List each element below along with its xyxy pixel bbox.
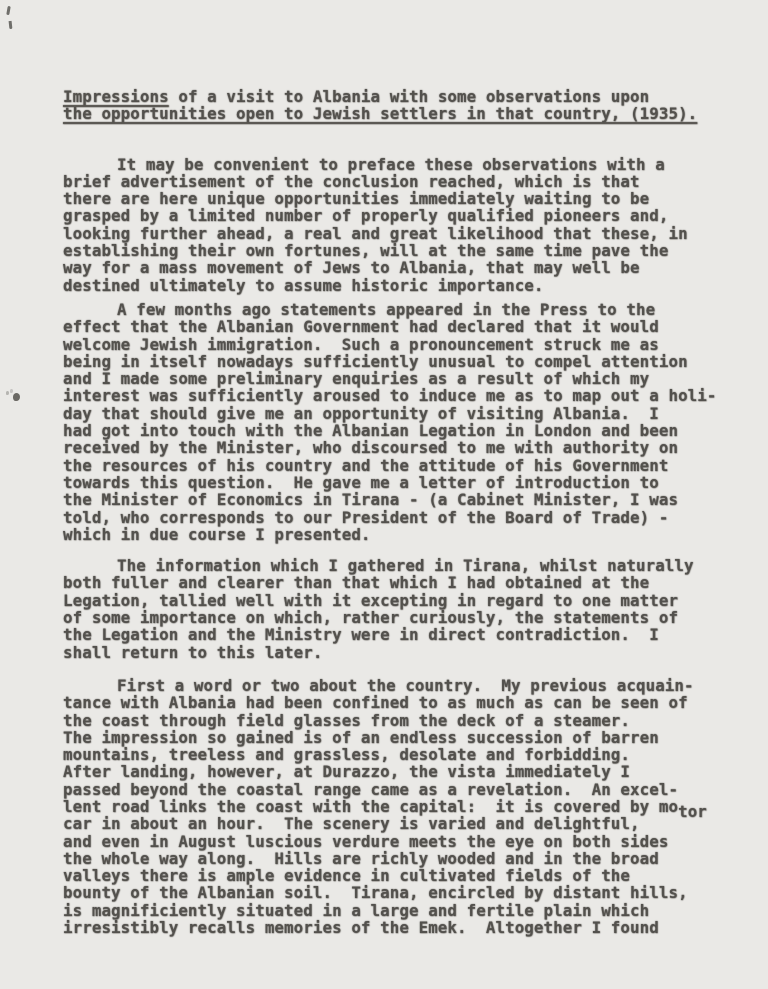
- document-body: It may be convenient to preface these ob…: [63, 156, 743, 937]
- text-line: towards this question. He gave me a lett…: [63, 474, 743, 491]
- text-line: told, who corresponds to our President o…: [63, 509, 743, 526]
- text-line: way for a mass movement of Jews to Alban…: [63, 259, 743, 276]
- text-line: had got into touch with the Albanian Leg…: [63, 422, 743, 439]
- document-title: Impressions of a visit to Albania with s…: [63, 88, 743, 123]
- text-line: welcome Jewish immigration. Such a prono…: [63, 336, 743, 353]
- text-line: there are here unique opportunities imme…: [63, 190, 743, 207]
- text-line: interest was sufficiently aroused to ind…: [63, 387, 743, 404]
- paragraph: First a word or two about the country. M…: [63, 677, 743, 936]
- text-line: passed beyond the coastal range came as …: [63, 781, 743, 798]
- text-line: is magnificiently situated in a large an…: [63, 902, 743, 919]
- text-line: shall return to this later.: [63, 644, 743, 661]
- text-line: and I made some preliminary enquiries as…: [63, 370, 743, 387]
- text-line: grasped by a limited number of properly …: [63, 207, 743, 224]
- text-line: the whole way along. Hills are richly wo…: [63, 850, 743, 867]
- text-line: tance with Albania had been confined to …: [63, 694, 743, 711]
- text-line: First a word or two about the country. M…: [63, 677, 743, 694]
- paragraph: The information which I gathered in Tira…: [63, 557, 743, 661]
- text-line: irresistibly recalls memories of the Eme…: [63, 919, 743, 936]
- text-line: mountains, treeless and grassless, desol…: [63, 746, 743, 763]
- text-line: valleys there is ample evidence in culti…: [63, 867, 743, 884]
- text-line: being in itself nowadays sufficiently un…: [63, 353, 743, 370]
- text-line: establishing their own fortunes, will at…: [63, 242, 743, 259]
- text-line: Legation, tallied well with it excepting…: [63, 592, 743, 609]
- text-line: effect that the Albanian Government had …: [63, 318, 743, 335]
- title-lead-rest: of a visit to Albania with some observat…: [169, 87, 650, 106]
- title-lead-underlined: Impressions: [63, 87, 169, 106]
- text-line: A few months ago statements appeared in …: [63, 301, 743, 318]
- document-content: Impressions of a visit to Albania with s…: [63, 88, 743, 936]
- title-line-2: the opportunities open to Jewish settler…: [63, 105, 743, 122]
- text-line: which in due course I presented.: [63, 526, 743, 543]
- pencil-smudge-artifact: [13, 393, 20, 401]
- text-line: day that should give me an opportunity o…: [63, 405, 743, 422]
- title-line-1: Impressions of a visit to Albania with s…: [63, 88, 743, 105]
- paragraph: A few months ago statements appeared in …: [63, 301, 743, 543]
- text-line: the Legation and the Ministry were in di…: [63, 626, 743, 643]
- text-line: brief advertisement of the conclusion re…: [63, 173, 743, 190]
- text-line: and even in August luscious verdure meet…: [63, 833, 743, 850]
- text-line: After landing, however, at Durazzo, the …: [63, 763, 743, 780]
- text-line: the coast through field glasses from the…: [63, 712, 743, 729]
- text-line: received by the Minister, who discoursed…: [63, 439, 743, 456]
- text-line: destined ultimately to assume historic i…: [63, 277, 743, 294]
- text-line: The impression so gained is of an endles…: [63, 729, 743, 746]
- text-line: car in about an hour. The scenery is var…: [63, 815, 743, 832]
- text-line: of some importance on which, rather curi…: [63, 609, 743, 626]
- text-line: bounty of the Albanian soil. Tirana, enc…: [63, 884, 743, 901]
- dropped-typewriter-chars: tor: [678, 802, 707, 821]
- text-line: The information which I gathered in Tira…: [63, 557, 743, 574]
- text-line: both fuller and clearer than that which …: [63, 574, 743, 591]
- text-line: the resources of his country and the att…: [63, 457, 743, 474]
- title-line2-underlined: the opportunities open to Jewish settler…: [63, 104, 697, 123]
- ink-speck-artifact: [9, 21, 13, 29]
- text-line: It may be convenient to preface these ob…: [63, 156, 743, 173]
- ink-speck-artifact: [6, 6, 11, 15]
- paragraph: It may be convenient to preface these ob…: [63, 156, 743, 294]
- text-line: looking further ahead, a real and great …: [63, 225, 743, 242]
- text-line: the Minister of Economics in Tirana - (a…: [63, 491, 743, 508]
- text-line: lent road links the coast with the capit…: [63, 798, 743, 815]
- scanned-document-page: Impressions of a visit to Albania with s…: [0, 0, 768, 989]
